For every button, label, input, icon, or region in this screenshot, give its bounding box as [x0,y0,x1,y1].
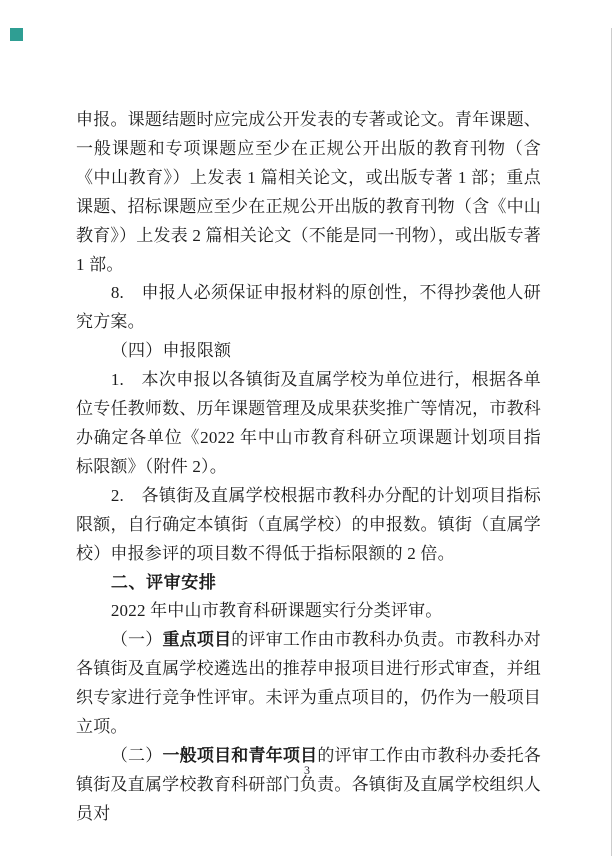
paragraph-item-2-application-count: 2. 各镇街及直属学校根据市教科办分配的计划项目指标限额，自行确定本镇街（直属学… [76,482,541,569]
document-page: 申报。课题结题时应完成公开发表的专著或论文。青年课题、一般课题和专项课题应至少在… [0,0,614,862]
page-number: 3 [0,763,614,778]
page-corner-mark [10,28,23,41]
paragraph-general-youth-projects-review: （二）一般项目和青年项目的评审工作由市教科办委托各镇街及直属学校教育科研部门负责… [76,742,541,829]
document-text-block: 申报。课题结题时应完成公开发表的专著或论文。青年课题、一般课题和专项课题应至少在… [76,106,541,829]
scan-edge-line [611,28,612,856]
subsection-heading-application-quota: （四）申报限额 [76,337,541,366]
paragraph-publication-requirements: 申报。课题结题时应完成公开发表的专著或论文。青年课题、一般课题和专项课题应至少在… [76,106,541,279]
paragraph-item-1-quota-allocation: 1. 本次申报以各镇街及直属学校为单位进行，根据各单位专任教师数、历年课题管理及… [76,366,541,482]
section-heading-review-arrangement: 二、评审安排 [76,569,541,598]
paragraph-item-8-originality: 8. 申报人必须保证申报材料的原创性，不得抄袭他人研究方案。 [76,279,541,337]
paragraph-classified-review: 2022 年中山市教育科研课题实行分类评审。 [76,597,541,626]
paragraph-prefix: （一） [111,630,163,649]
key-projects-bold-label: 重点项目 [162,630,231,649]
paragraph-key-projects-review: （一）重点项目的评审工作由市教科办负责。市教科办对各镇街及直属学校遴选出的推荐申… [76,626,541,742]
